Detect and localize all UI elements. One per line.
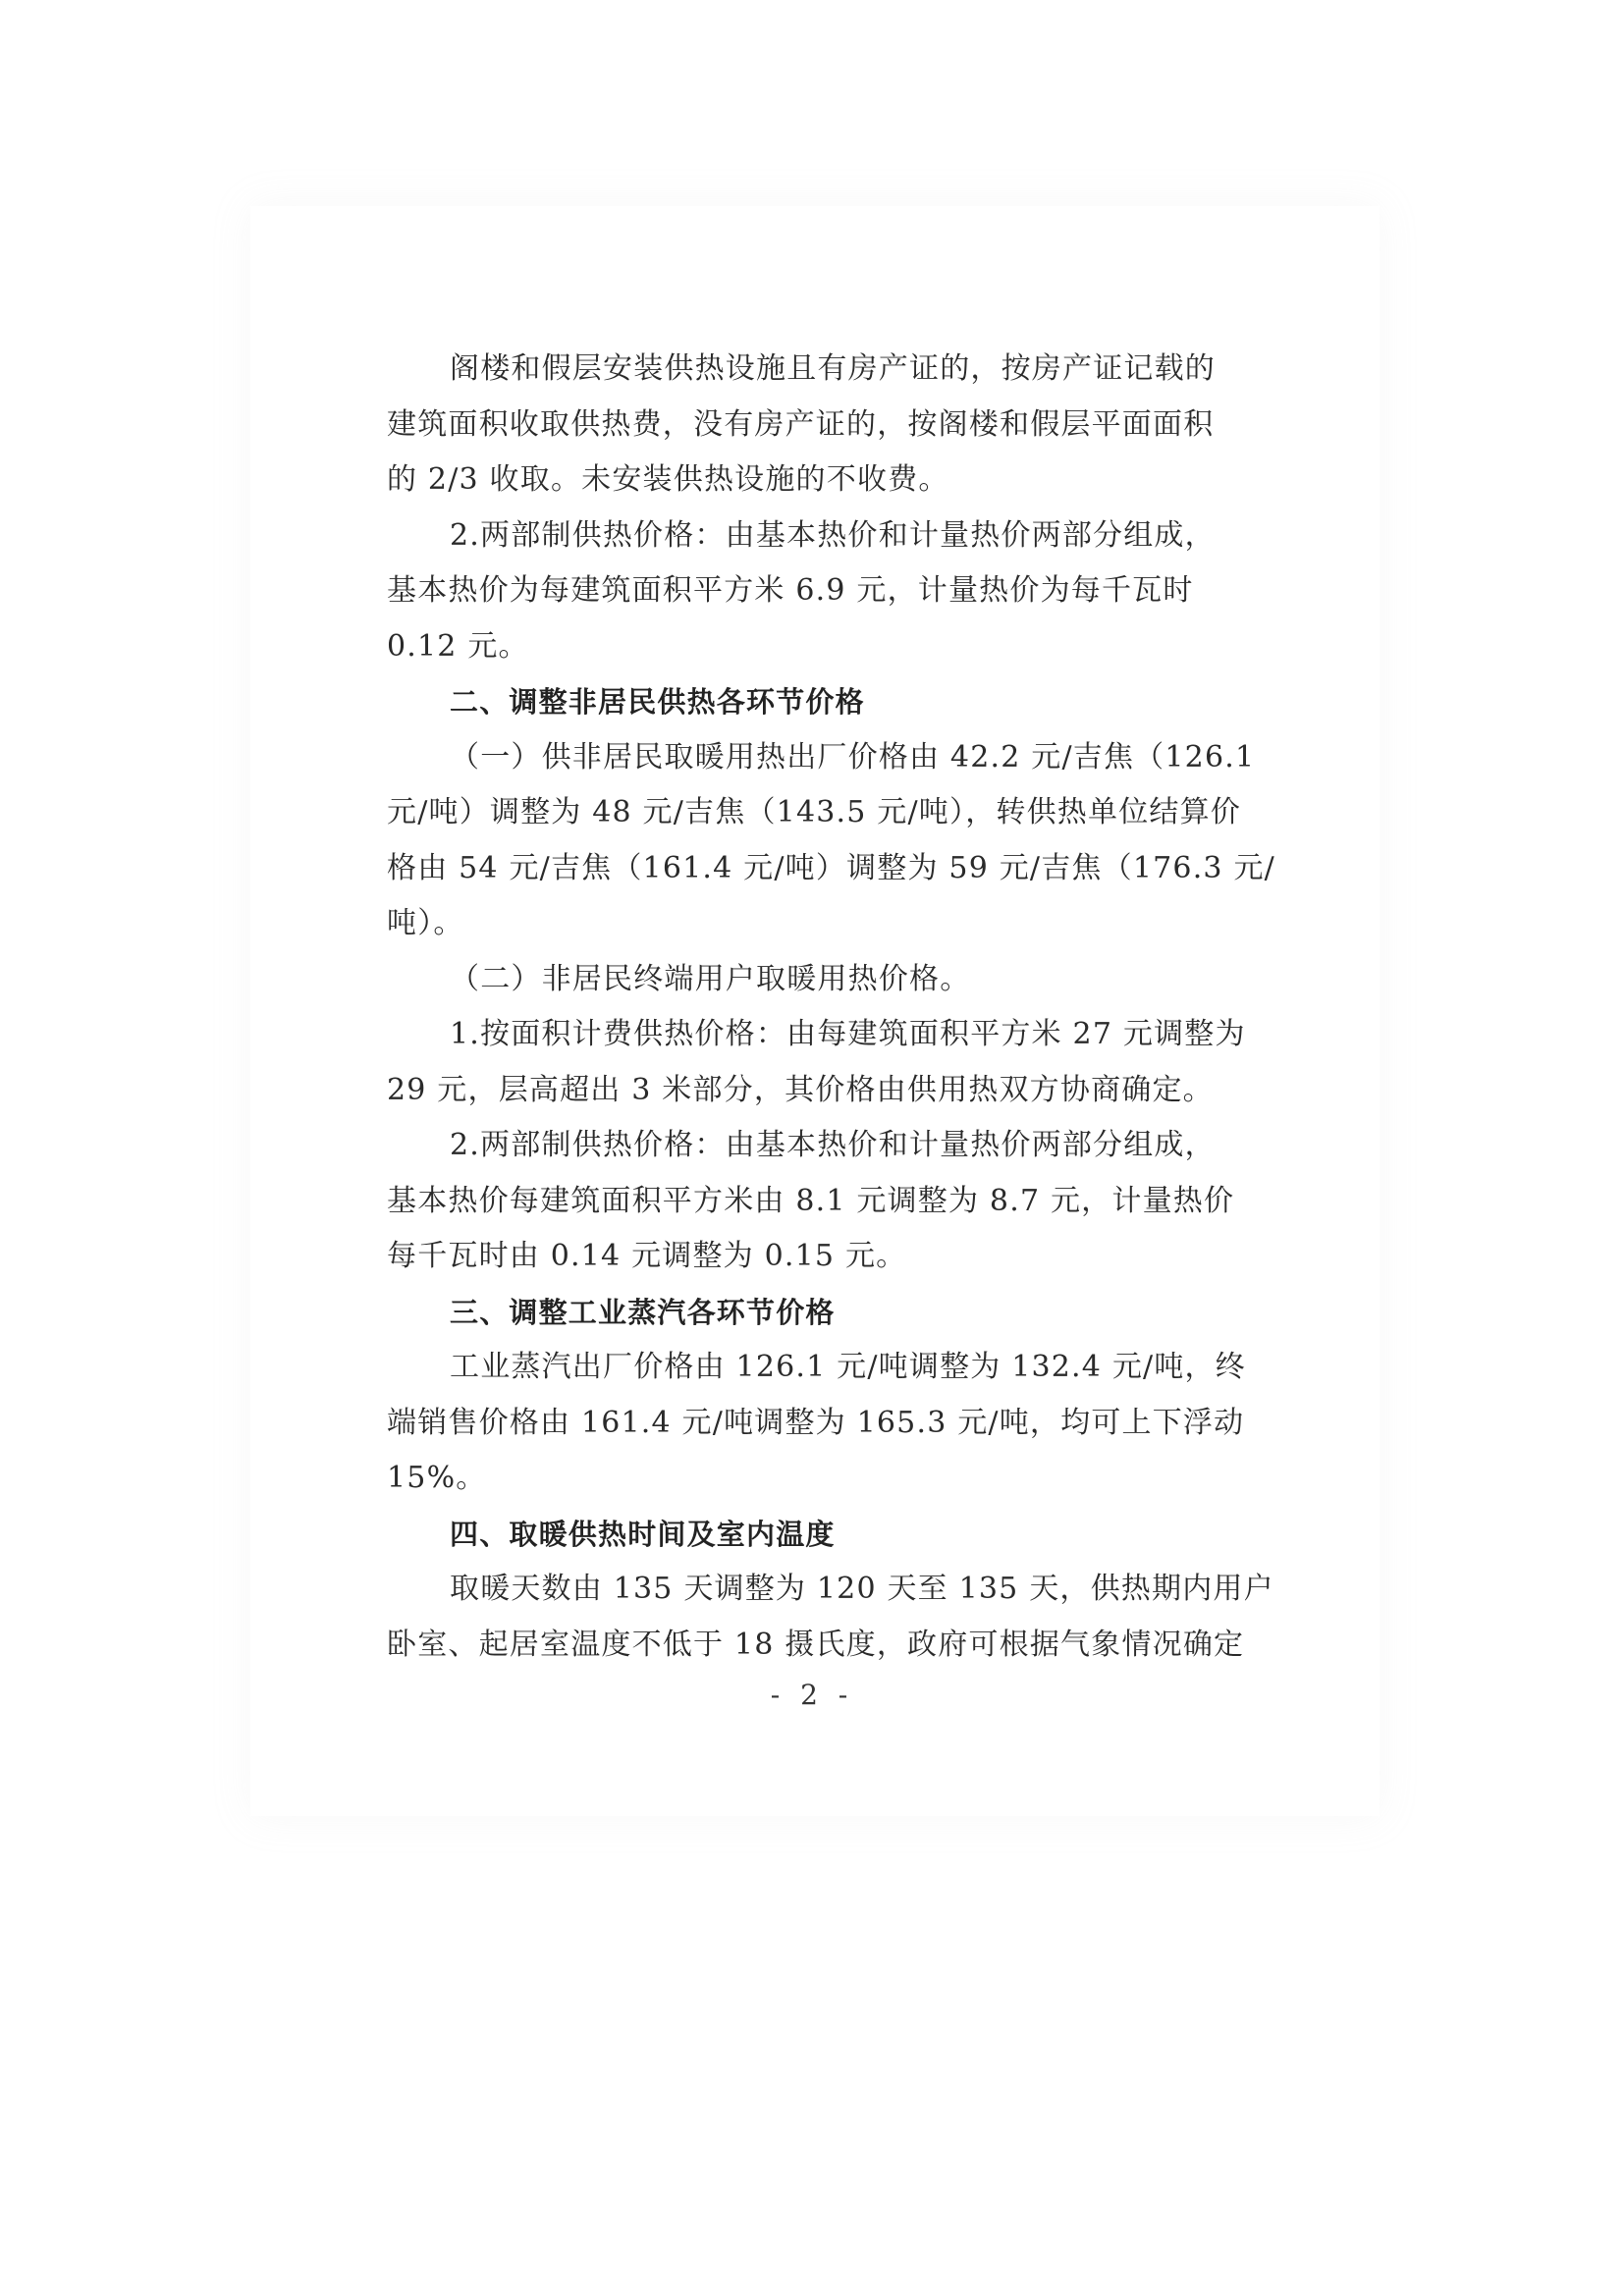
paragraph-line: 端销售价格由 161.4 元/吨调整为 165.3 元/吨，均可上下浮动	[387, 1396, 1227, 1452]
paragraph-line: 29 元，层高超出 3 米部分，其价格由供用热双方协商确定。	[387, 1063, 1227, 1119]
paragraph-line: 2.两部制供热价格：由基本热价和计量热价两部分组成，	[387, 1118, 1227, 1174]
paragraph-line: 2.两部制供热价格：由基本热价和计量热价两部分组成，	[387, 508, 1227, 564]
paragraph-line: 的 2/3 收取。未安装供热设施的不收费。	[387, 453, 1227, 508]
section-heading: 三、调整工业蒸汽各环节价格	[387, 1285, 1227, 1341]
paragraph-line: 1.按面积计费供热价格：由每建筑面积平方米 27 元调整为	[387, 1007, 1227, 1063]
paragraph-line: 15%。	[387, 1451, 1227, 1507]
paragraph-line: （二）非居民终端用户取暖用热价格。	[387, 952, 1227, 1008]
paragraph-line: 阁楼和假层安装供热设施且有房产证的，按房产证记载的	[387, 342, 1227, 398]
paragraph-line: 元/吨）调整为 48 元/吉焦（143.5 元/吨），转供热单位结算价	[387, 785, 1227, 841]
paragraph-line: 取暖天数由 135 天调整为 120 天至 135 天，供热期内用户	[387, 1562, 1227, 1618]
paragraph-line: 卧室、起居室温度不低于 18 摄氏度，政府可根据气象情况确定	[387, 1618, 1227, 1674]
paragraph-line: 每千瓦时由 0.14 元调整为 0.15 元。	[387, 1229, 1227, 1285]
document-body: 阁楼和假层安装供热设施且有房产证的，按房产证记载的 建筑面积收取供热费，没有房产…	[387, 342, 1227, 1673]
page-number: - 2 -	[0, 1679, 1624, 1711]
paragraph-line: 格由 54 元/吉焦（161.4 元/吨）调整为 59 元/吉焦（176.3 元…	[387, 841, 1227, 897]
paragraph-line: 基本热价每建筑面积平方米由 8.1 元调整为 8.7 元，计量热价	[387, 1174, 1227, 1230]
paragraph-line: （一）供非居民取暖用热出厂价格由 42.2 元/吉焦（126.1	[387, 730, 1227, 786]
paragraph-line: 建筑面积收取供热费，没有房产证的，按阁楼和假层平面面积	[387, 398, 1227, 454]
paragraph-line: 0.12 元。	[387, 619, 1227, 675]
section-heading: 二、调整非居民供热各环节价格	[387, 674, 1227, 730]
section-heading: 四、取暖供热时间及室内温度	[387, 1507, 1227, 1563]
paragraph-line: 吨）。	[387, 896, 1227, 952]
paragraph-line: 工业蒸汽出厂价格由 126.1 元/吨调整为 132.4 元/吨，终	[387, 1340, 1227, 1396]
paragraph-line: 基本热价为每建筑面积平方米 6.9 元，计量热价为每千瓦时	[387, 563, 1227, 619]
